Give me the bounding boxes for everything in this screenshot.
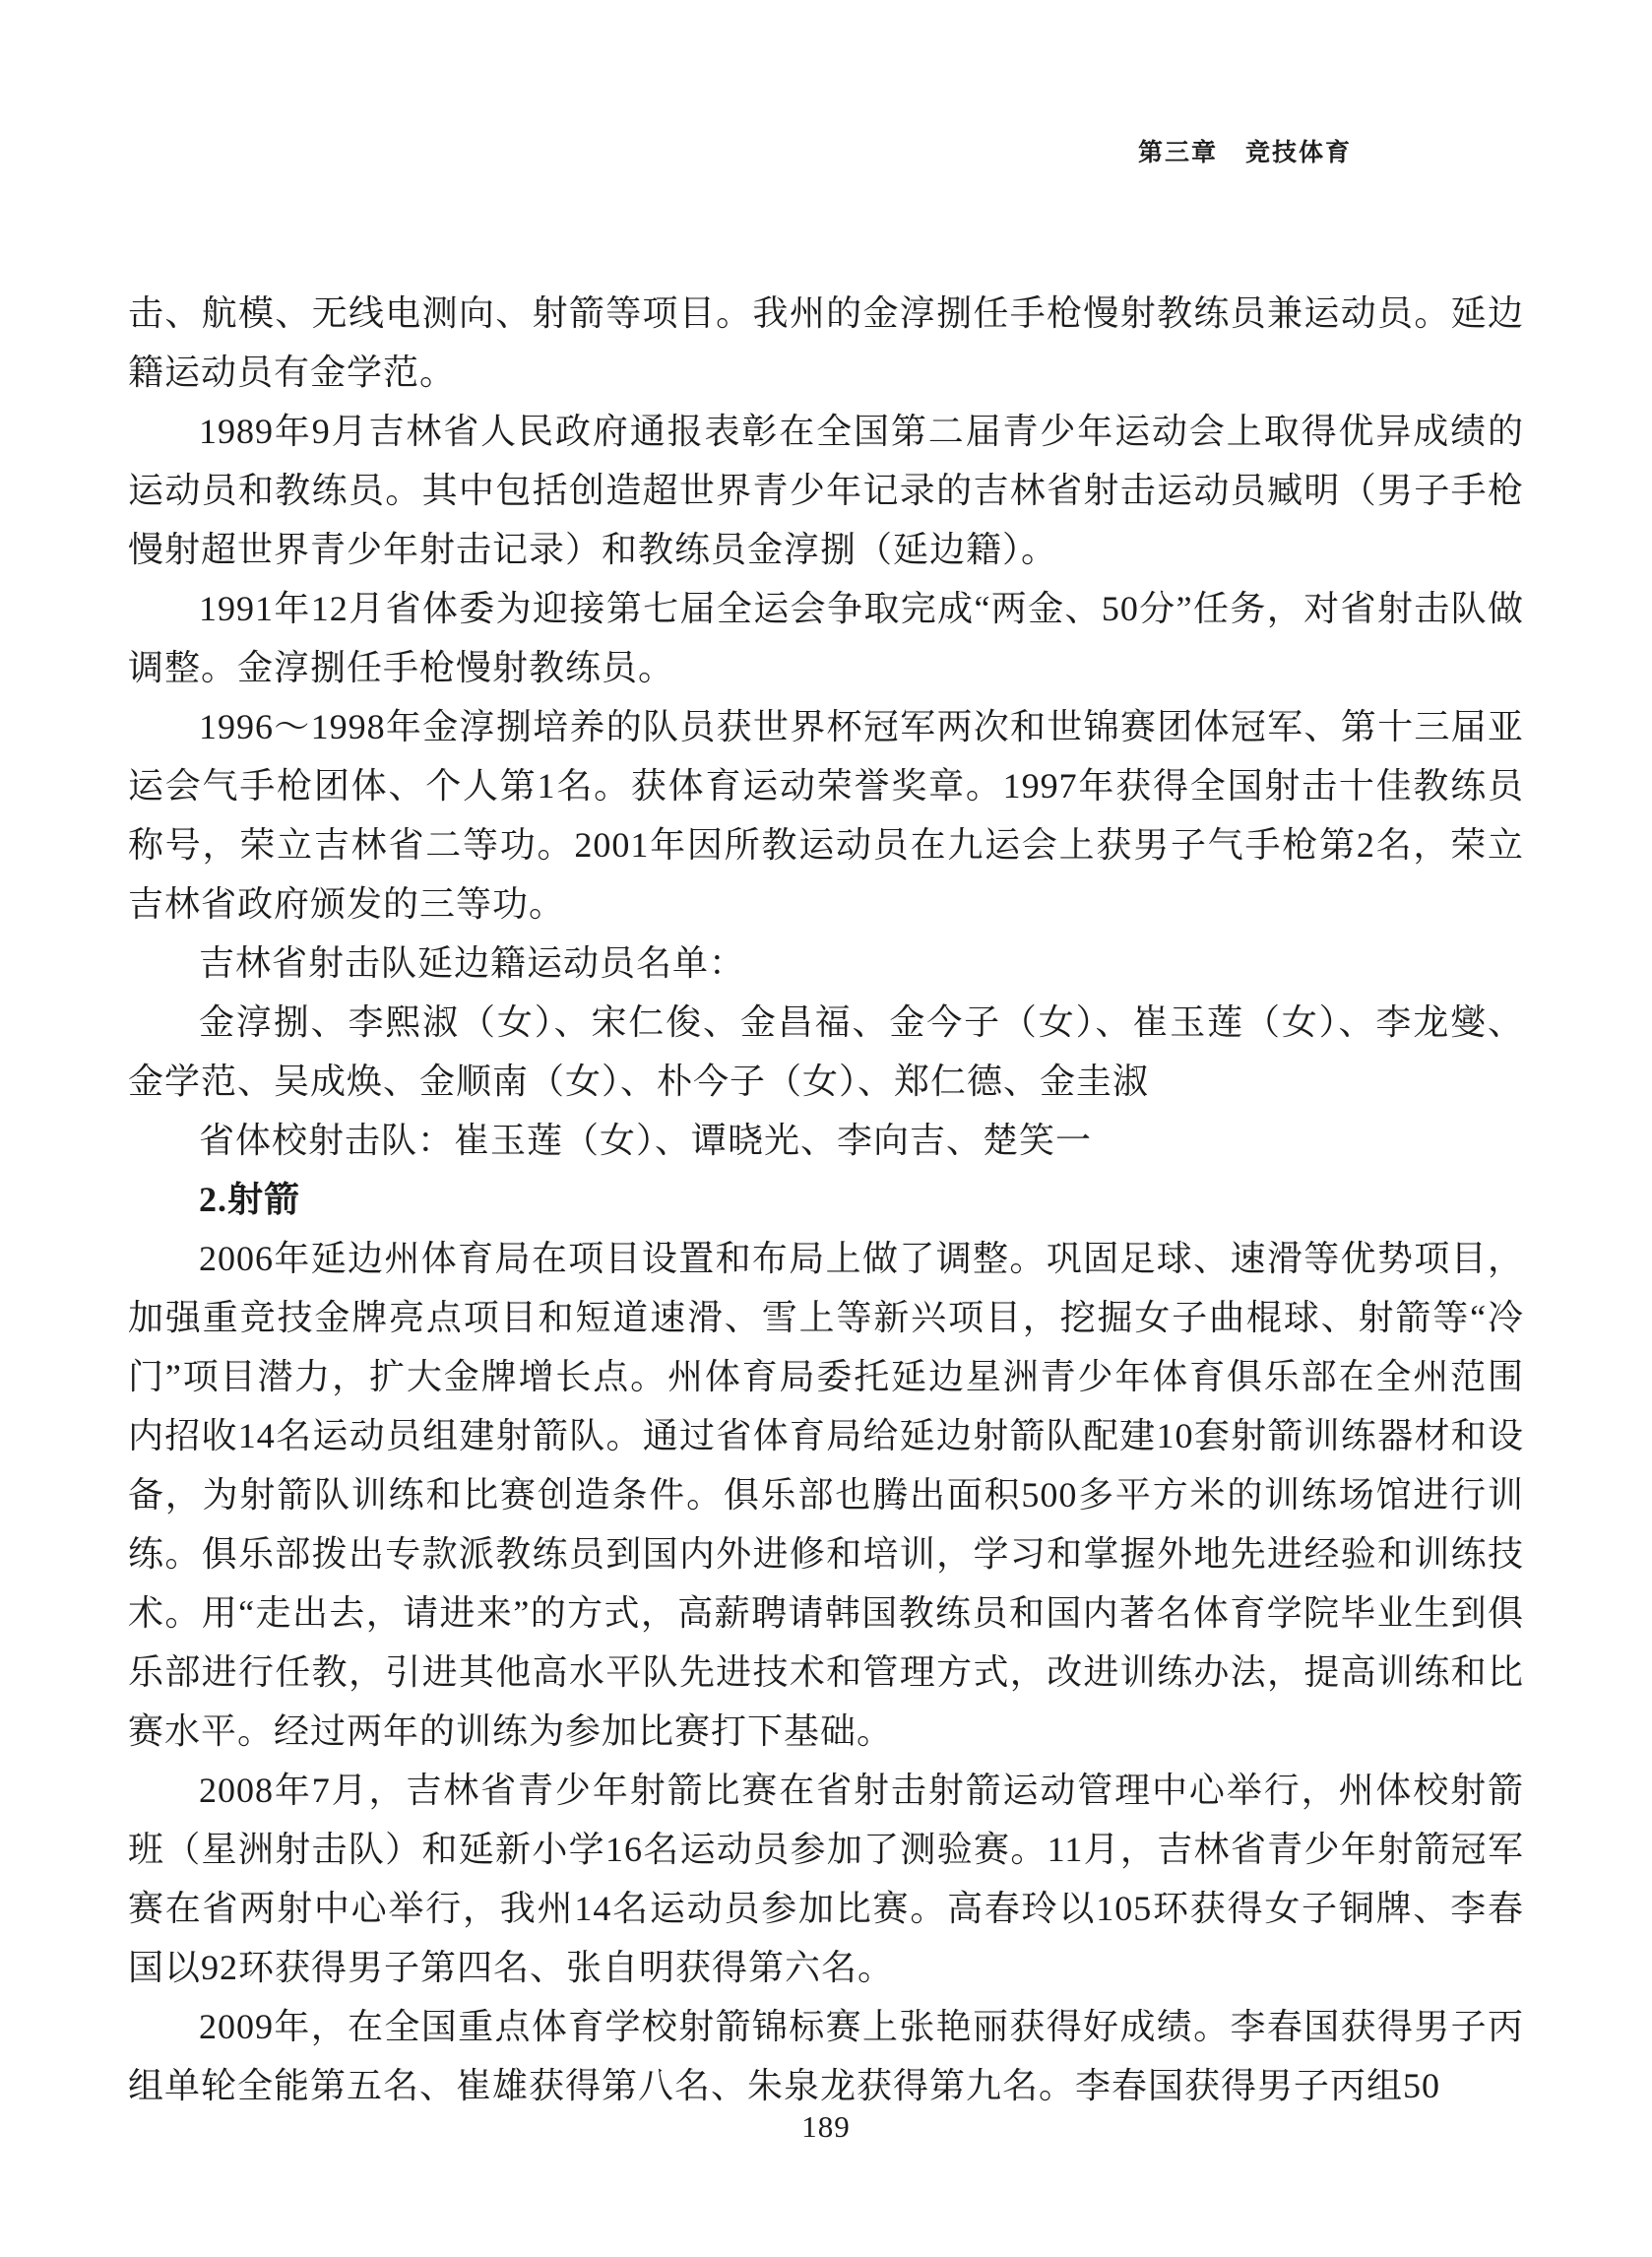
paragraph-name-list: 省体校射击队：崔玉莲（女）、谭晓光、李向吉、楚笑一 bbox=[128, 1111, 1524, 1170]
running-header: 第三章竞技体育 bbox=[128, 134, 1352, 173]
paragraph: 2008年7月，吉林省青少年射箭比赛在省射击射箭运动管理中心举行，州体校射箭班（… bbox=[128, 1761, 1524, 1997]
book-page: 第三章竞技体育 击、航模、无线电测向、射箭等项目。我州的金淳捌任手枪慢射教练员兼… bbox=[0, 0, 1652, 2257]
paragraph: 1991年12月省体委为迎接第七届全运会争取完成“两金、50分”任务，对省射击队… bbox=[128, 579, 1524, 697]
page-number: 189 bbox=[0, 2107, 1652, 2147]
body-text: 击、航模、无线电测向、射箭等项目。我州的金淳捌任手枪慢射教练员兼运动员。延边籍运… bbox=[128, 284, 1524, 2115]
section-heading: 2.射箭 bbox=[128, 1170, 1524, 1229]
paragraph-continuation: 击、航模、无线电测向、射箭等项目。我州的金淳捌任手枪慢射教练员兼运动员。延边籍运… bbox=[128, 284, 1524, 402]
paragraph: 1996～1998年金淳捌培养的队员获世界杯冠军两次和世锦赛团体冠军、第十三届亚… bbox=[128, 697, 1524, 934]
paragraph: 2009年，在全国重点体育学校射箭锦标赛上张艳丽获得好成绩。李春国获得男子丙组单… bbox=[128, 1997, 1524, 2115]
paragraph-name-list: 金淳捌、李熙淑（女）、宋仁俊、金昌福、金今子（女）、崔玉莲（女）、李龙燮、金学范… bbox=[128, 993, 1524, 1111]
paragraph: 2006年延边州体育局在项目设置和布局上做了调整。巩固足球、速滑等优势项目，加强… bbox=[128, 1229, 1524, 1761]
paragraph: 1989年9月吉林省人民政府通报表彰在全国第二届青少年运动会上取得优异成绩的运动… bbox=[128, 402, 1524, 579]
chapter-title: 竞技体育 bbox=[1245, 140, 1352, 166]
chapter-label: 第三章 bbox=[1138, 140, 1218, 166]
paragraph-list-title: 吉林省射击队延边籍运动员名单： bbox=[128, 934, 1524, 993]
